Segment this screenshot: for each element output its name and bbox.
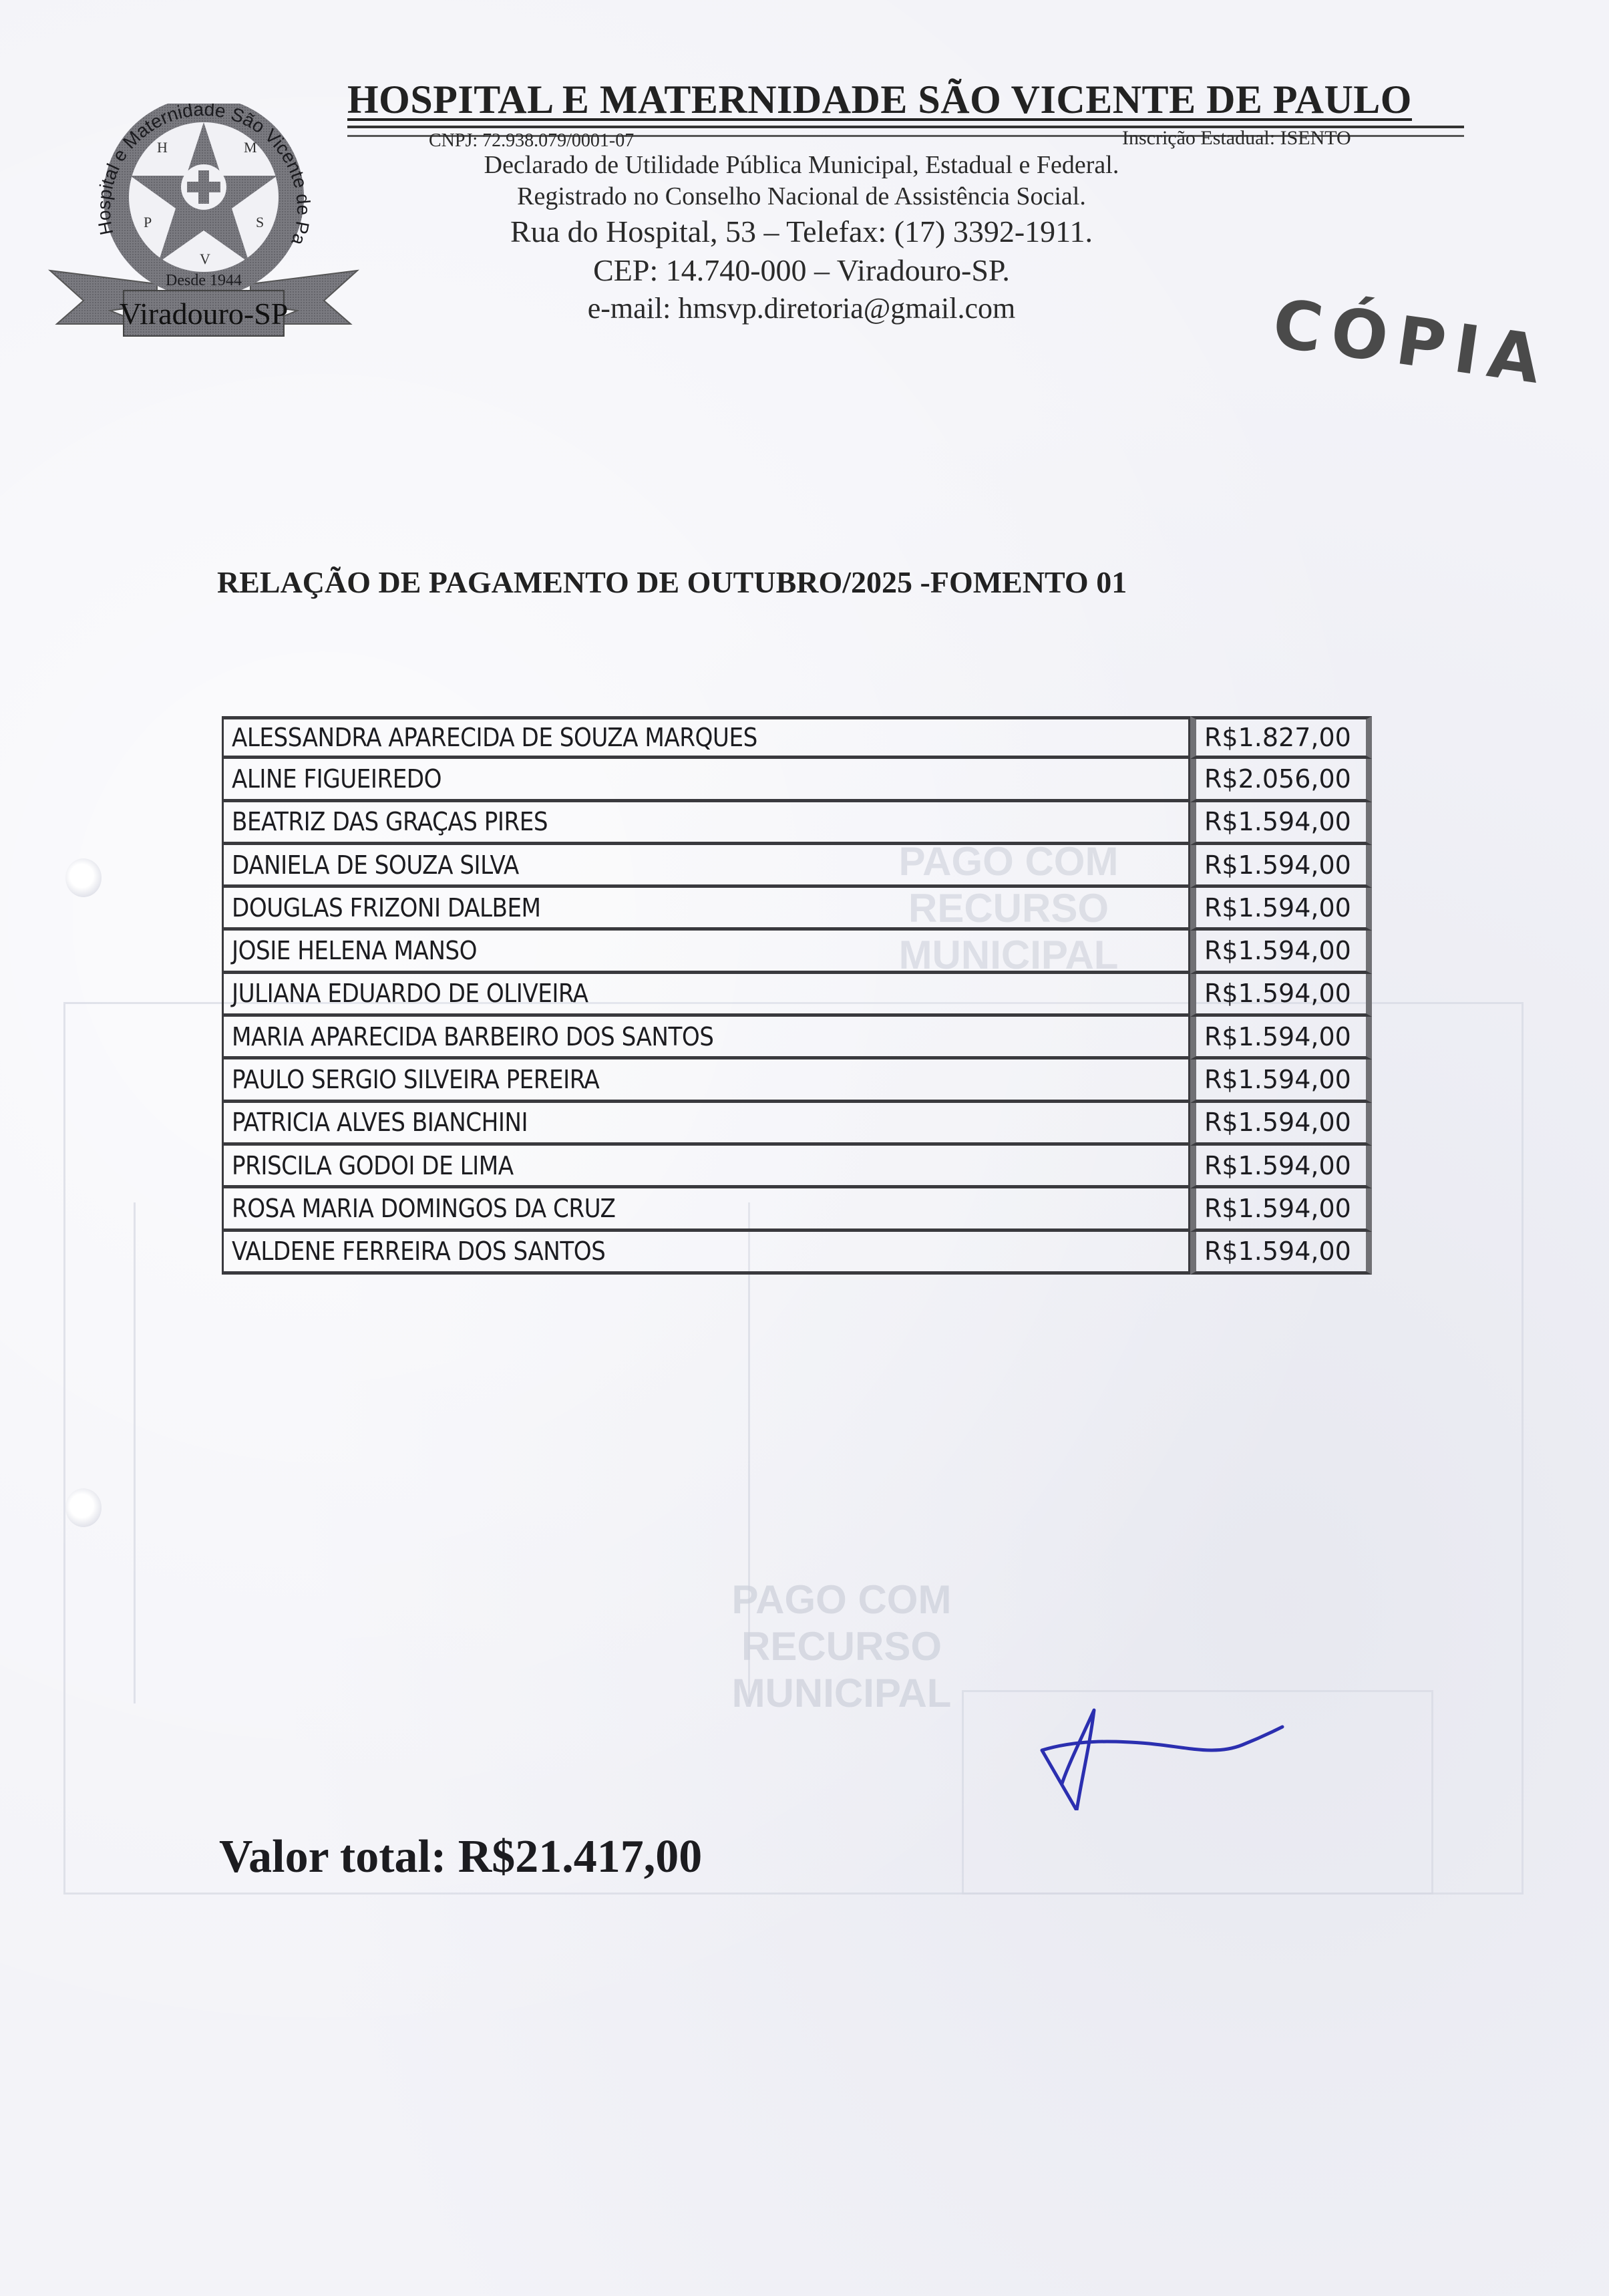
table-row: ALINE FIGUEIREDOR$2.056,00 — [222, 759, 1372, 802]
signature — [1015, 1703, 1296, 1810]
payment-amount: R$1.594,00 — [1190, 1232, 1372, 1275]
table-row: ALESSANDRA APARECIDA DE SOUZA MARQUESR$1… — [222, 716, 1372, 759]
payment-table: ALESSANDRA APARECIDA DE SOUZA MARQUESR$1… — [222, 716, 1372, 1275]
svg-text:V: V — [200, 251, 210, 267]
payment-amount: R$1.594,00 — [1190, 1059, 1372, 1102]
svg-text:Desde 1944: Desde 1944 — [166, 272, 242, 289]
table-row: ROSA MARIA DOMINGOS DA CRUZR$1.594,00 — [222, 1188, 1372, 1231]
payment-amount: R$1.594,00 — [1190, 1188, 1372, 1231]
payee-name: PATRICIA ALVES BIANCHINI — [222, 1103, 1190, 1146]
payment-amount: R$1.594,00 — [1190, 1146, 1372, 1188]
payment-amount: R$2.056,00 — [1190, 759, 1372, 802]
payee-name: VALDENE FERREIRA DOS SANTOS — [222, 1232, 1190, 1275]
cnpj: CNPJ: 72.938.079/0001-07 — [429, 130, 634, 152]
address-line: Rua do Hospital, 53 – Telefax: (17) 3392… — [347, 214, 1256, 249]
table-row: JOSIE HELENA MANSOR$1.594,00 — [222, 931, 1372, 973]
svg-text:P: P — [144, 214, 152, 230]
ghost-stamp-bottom: PAGO COM RECURSO MUNICIPAL — [641, 1577, 1042, 1717]
logo-letter-h: H — [157, 139, 168, 156]
payee-name: DOUGLAS FRIZONI DALBEM — [222, 888, 1190, 931]
postal-code-line: CEP: 14.740-000 – Viradouro-SP. — [347, 253, 1256, 288]
payment-amount: R$1.594,00 — [1190, 802, 1372, 845]
payment-amount: R$1.594,00 — [1190, 845, 1372, 888]
payee-name: PAULO SERGIO SILVEIRA PEREIRA — [222, 1059, 1190, 1102]
payment-amount: R$1.594,00 — [1190, 931, 1372, 973]
payee-name: JOSIE HELENA MANSO — [222, 931, 1190, 973]
table-row: DOUGLAS FRIZONI DALBEMR$1.594,00 — [222, 888, 1372, 931]
table-row: PAULO SERGIO SILVEIRA PEREIRAR$1.594,00 — [222, 1059, 1372, 1102]
table-row: DANIELA DE SOUZA SILVAR$1.594,00 — [222, 845, 1372, 888]
hospital-name: HOSPITAL E MATERNIDADE SÃO VICENTE DE PA… — [347, 77, 1463, 123]
payment-amount: R$1.594,00 — [1190, 888, 1372, 931]
payee-name: ALESSANDRA APARECIDA DE SOUZA MARQUES — [222, 716, 1190, 759]
ghost-divider — [134, 1202, 136, 1703]
punch-hole — [65, 1488, 102, 1527]
table-row: JULIANA EDUARDO DE OLIVEIRAR$1.594,00 — [222, 974, 1372, 1017]
state-registration: Inscrição Estadual: ISENTO — [1122, 127, 1351, 150]
table-row: MARIA APARECIDA BARBEIRO DOS SANTOSR$1.5… — [222, 1017, 1372, 1059]
registration-line: Registrado no Conselho Nacional de Assis… — [347, 182, 1256, 211]
payee-name: ALINE FIGUEIREDO — [222, 759, 1190, 802]
table-row: PATRICIA ALVES BIANCHINIR$1.594,00 — [222, 1103, 1372, 1146]
payment-amount: R$1.594,00 — [1190, 1017, 1372, 1059]
payment-amount: R$1.594,00 — [1190, 1103, 1372, 1146]
payment-amount: R$1.594,00 — [1190, 974, 1372, 1017]
section-title: RELAÇÃO DE PAGAMENTO DE OUTUBRO/2025 -FO… — [217, 564, 1127, 600]
payee-name: JULIANA EDUARDO DE OLIVEIRA — [222, 974, 1190, 1017]
email-line: e-mail: hmsvp.diretoria@gmail.com — [347, 291, 1256, 325]
svg-text:S: S — [256, 214, 264, 230]
payee-name: MARIA APARECIDA BARBEIRO DOS SANTOS — [222, 1017, 1190, 1059]
total-value: Valor total: R$21.417,00 — [219, 1830, 702, 1884]
payee-name: BEATRIZ DAS GRAÇAS PIRES — [222, 802, 1190, 845]
table-row: VALDENE FERREIRA DOS SANTOSR$1.594,00 — [222, 1232, 1372, 1275]
svg-text:M: M — [244, 139, 257, 156]
payee-name: PRISCILA GODOI DE LIMA — [222, 1146, 1190, 1188]
table-row: BEATRIZ DAS GRAÇAS PIRESR$1.594,00 — [222, 802, 1372, 845]
table-row: PRISCILA GODOI DE LIMAR$1.594,00 — [222, 1146, 1372, 1188]
svg-text:Viradouro-SP: Viradouro-SP — [120, 297, 289, 331]
declaration-line: Declarado de Utilidade Pública Municipal… — [347, 150, 1256, 180]
payee-name: DANIELA DE SOUZA SILVA — [222, 845, 1190, 888]
payee-name: ROSA MARIA DOMINGOS DA CRUZ — [222, 1188, 1190, 1231]
hospital-logo: Hospital e Maternidade São Vicente de Pa… — [43, 104, 364, 344]
punch-hole — [65, 858, 102, 897]
payment-amount: R$1.827,00 — [1190, 716, 1372, 759]
